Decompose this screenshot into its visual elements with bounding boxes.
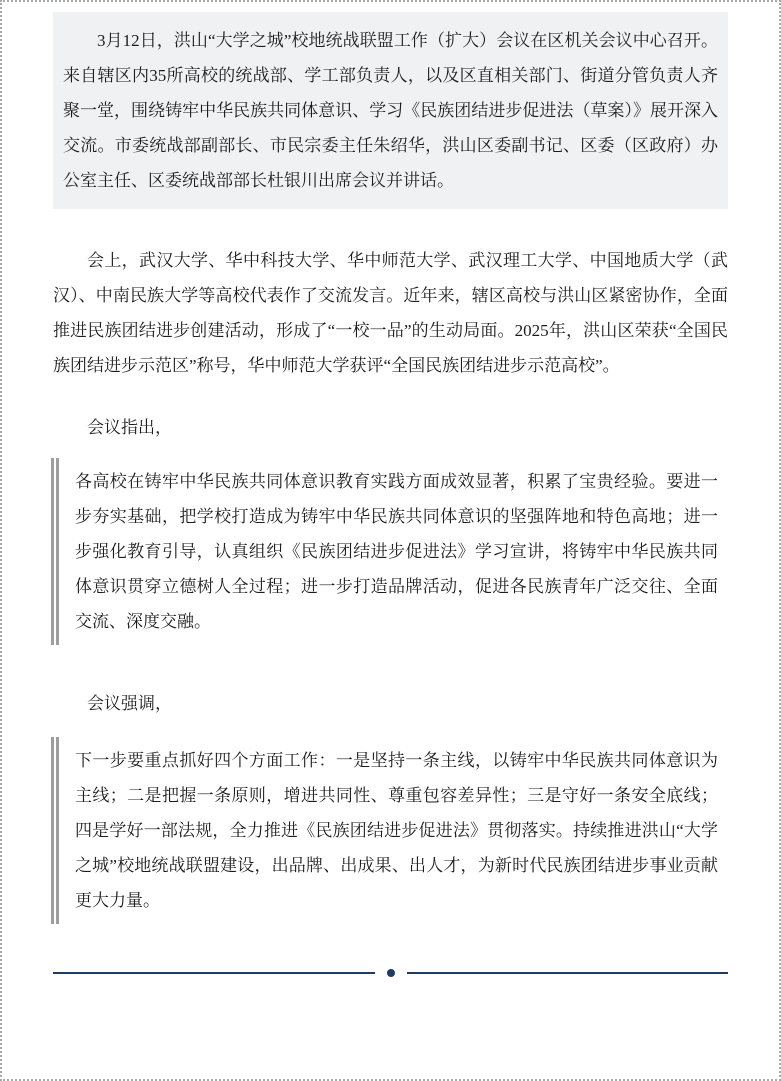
divider-line-right (407, 972, 729, 974)
quote-meeting-pointed-out: 各高校在铸牢中华民族共同体意识教育实践方面成效显著，积累了宝贵经验。要进一步夯实… (51, 458, 728, 645)
divider-line-left (53, 972, 375, 974)
article-page: 3月12日，洪山“大学之城”校地统战联盟工作（扩大）会议在区机关会议中心召开。来… (0, 0, 781, 1081)
divider-dot (387, 969, 395, 977)
quote-meeting-emphasized: 下一步要重点抓好四个方面工作：一是坚持一条主线，以铸牢中华民族共同体意识为主线；… (51, 737, 728, 924)
lead-in-meeting-pointed-out: 会议指出， (53, 410, 728, 445)
paragraph-overview: 会上，武汉大学、华中科技大学、华中师范大学、武汉理工大学、中国地质大学（武汉）、… (53, 243, 728, 383)
intro-summary-text: 3月12日，洪山“大学之城”校地统战联盟工作（扩大）会议在区机关会议中心召开。来… (63, 31, 718, 190)
intro-summary-box: 3月12日，洪山“大学之城”校地统战联盟工作（扩大）会议在区机关会议中心召开。来… (53, 12, 728, 209)
footer-divider (53, 969, 728, 977)
lead-in-meeting-emphasized: 会议强调， (53, 686, 728, 721)
